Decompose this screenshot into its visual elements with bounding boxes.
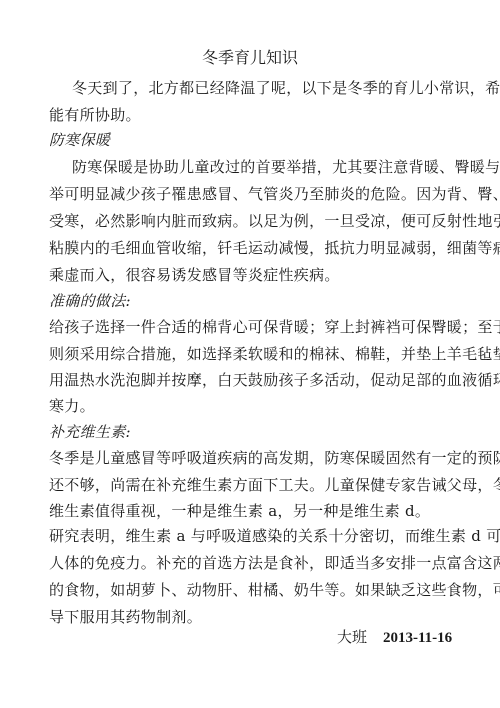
signature-author: 大班 bbox=[337, 628, 367, 646]
paragraph-line: 乘虚而入，很容易诱发感冒等炎症性疾病。 bbox=[49, 265, 449, 285]
section-heading-vitamins: 补充维生素: bbox=[49, 422, 449, 442]
signature: 大班2013-11-16 bbox=[337, 627, 452, 648]
paragraph-line: 人体的免疫力。补充的首选方法是食补，即适当多安排一点富含这两种维生素 bbox=[49, 553, 449, 573]
paragraph-line: 导下服用其药物制剂。 bbox=[49, 607, 449, 627]
paragraph-line: 举可明显减少孩子罹患感冒、气管炎乃至肺炎的危险。因为背、臀、足等部位 bbox=[49, 184, 449, 204]
paragraph-line: 用温热水洗泡脚并按摩，白天鼓励孩子多活动，促动足部的血液循环而增强耐 bbox=[49, 370, 449, 390]
signature-date: 2013-11-16 bbox=[383, 630, 452, 646]
paragraph-line: 粘膜内的毛细血管收缩，钎毛运动减慢，抵抗力明显减弱，细菌等病原微生物 bbox=[49, 238, 449, 258]
paragraph-line: 受寒，必然影响内脏而致病。以足为例，一旦受凉，便可反射性地引起呼吸道 bbox=[49, 211, 449, 231]
paragraph-line: 研究表明，维生素 a 与呼吸道感染的关系十分密切，而维生素 d 可最直接影响 bbox=[49, 526, 449, 546]
paragraph-line: 维生素值得重视，一种是维生素 a，另一种是维生素 d。 bbox=[49, 501, 449, 521]
paragraph-line: 还不够，尚需在补充维生素方面下工夫。儿童保健专家告诫父母，冬季有两种 bbox=[49, 475, 449, 495]
section-heading-cold-protection: 防寒保暖 bbox=[49, 130, 449, 150]
paragraph-line: 则须采用综合措施，如选择柔软暖和的棉袜、棉鞋，并垫上羊毛毡垫，晚睡前 bbox=[49, 344, 449, 364]
section-heading-correct-method: 准确的做法: bbox=[49, 291, 449, 311]
intro-line: 能有所协助。 bbox=[49, 105, 449, 125]
paragraph-line: 给孩子选择一件合适的棉背心可保背暖；穿上封裤裆可保臀暖；至于足部保暖 bbox=[49, 317, 449, 337]
paragraph-line: 防寒保暖是协助儿童改过的首要举措，尤其要注意背暖、臀暖与足暖，此 bbox=[72, 157, 472, 177]
paragraph-line: 的食物，如胡萝卜、动物肝、柑橘、奶牛等。如果缺乏这些食物，可在医生指 bbox=[49, 580, 449, 600]
document-title: 冬季育儿知识 bbox=[0, 48, 500, 68]
document-page: 冬季育儿知识 冬天到了，北方都已经降温了呢，以下是冬季的育儿小常识，希望对宝宝 … bbox=[0, 0, 500, 708]
intro-line: 冬天到了，北方都已经降温了呢，以下是冬季的育儿小常识，希望对宝宝 bbox=[72, 78, 472, 98]
paragraph-line: 冬季是儿童感冒等呼吸道疾病的高发期，防寒保暖固然有一定的预防之功，但 bbox=[49, 448, 449, 468]
paragraph-line: 寒力。 bbox=[49, 396, 449, 416]
